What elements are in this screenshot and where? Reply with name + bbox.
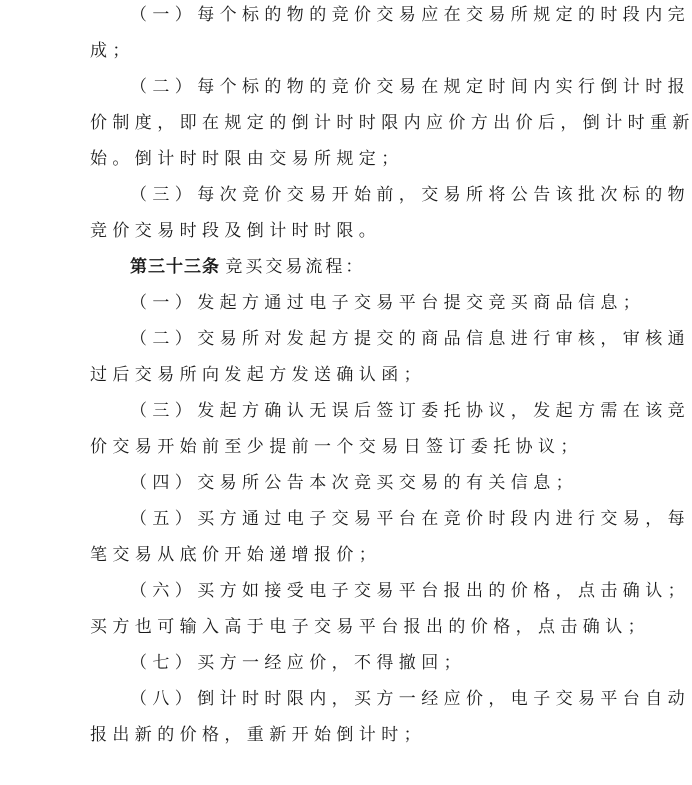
paragraph-line: （五）买方通过电子交易平台在竞价时段内进行交易，每 (130, 501, 690, 537)
article-title: 竞买交易流程： (225, 257, 365, 277)
paragraph-line: （二）每个标的物的竞价交易在规定时间内实行倒计时报 (130, 69, 690, 105)
paragraph-line: （四）交易所公告本次竞买交易的有关信息； (130, 465, 578, 501)
paragraph-line: （一）每个标的物的竞价交易应在交易所规定的时段内完 (130, 0, 690, 33)
paragraph-line: （八）倒计时时限内，买方一经应价，电子交易平台自动 (130, 681, 690, 717)
paragraph-line: （六）买方如接受电子交易平台报出的价格，点击确认； (130, 573, 690, 609)
article-heading-line: 第三十三条 竞买交易流程： (130, 249, 365, 285)
article-number: 第三十三条 (130, 257, 220, 277)
paragraph-line: 买方也可输入高于电子交易平台报出的价格，点击确认； (90, 609, 650, 645)
paragraph-line: 始。倒计时时限由交易所规定； (90, 141, 404, 177)
paragraph-line: 笔交易从底价开始递增报价； (90, 537, 381, 573)
paragraph-line: 价交易开始前至少提前一个交易日签订委托协议； (90, 429, 583, 465)
paragraph-line: （二）交易所对发起方提交的商品信息进行审核，审核通 (130, 321, 690, 357)
paragraph-line: （三）发起方确认无误后签订委托协议，发起方需在该竞 (130, 393, 690, 429)
paragraph-line: 价制度，即在规定的倒计时时限内应价方出价后，倒计时重新开 (90, 105, 692, 141)
paragraph-line: 报出新的价格，重新开始倒计时； (90, 717, 426, 753)
paragraph-line: 成； (90, 33, 135, 69)
paragraph-line: （一）发起方通过电子交易平台提交竞买商品信息； (130, 285, 645, 321)
paragraph-line: 竞价交易时段及倒计时时限。 (90, 213, 381, 249)
paragraph-line: 过后交易所向发起方发送确认函； (90, 357, 426, 393)
paragraph-line: （三）每次竞价交易开始前，交易所将公告该批次标的物 (130, 177, 690, 213)
paragraph-line: （七）买方一经应价，不得撤回； (130, 645, 466, 681)
